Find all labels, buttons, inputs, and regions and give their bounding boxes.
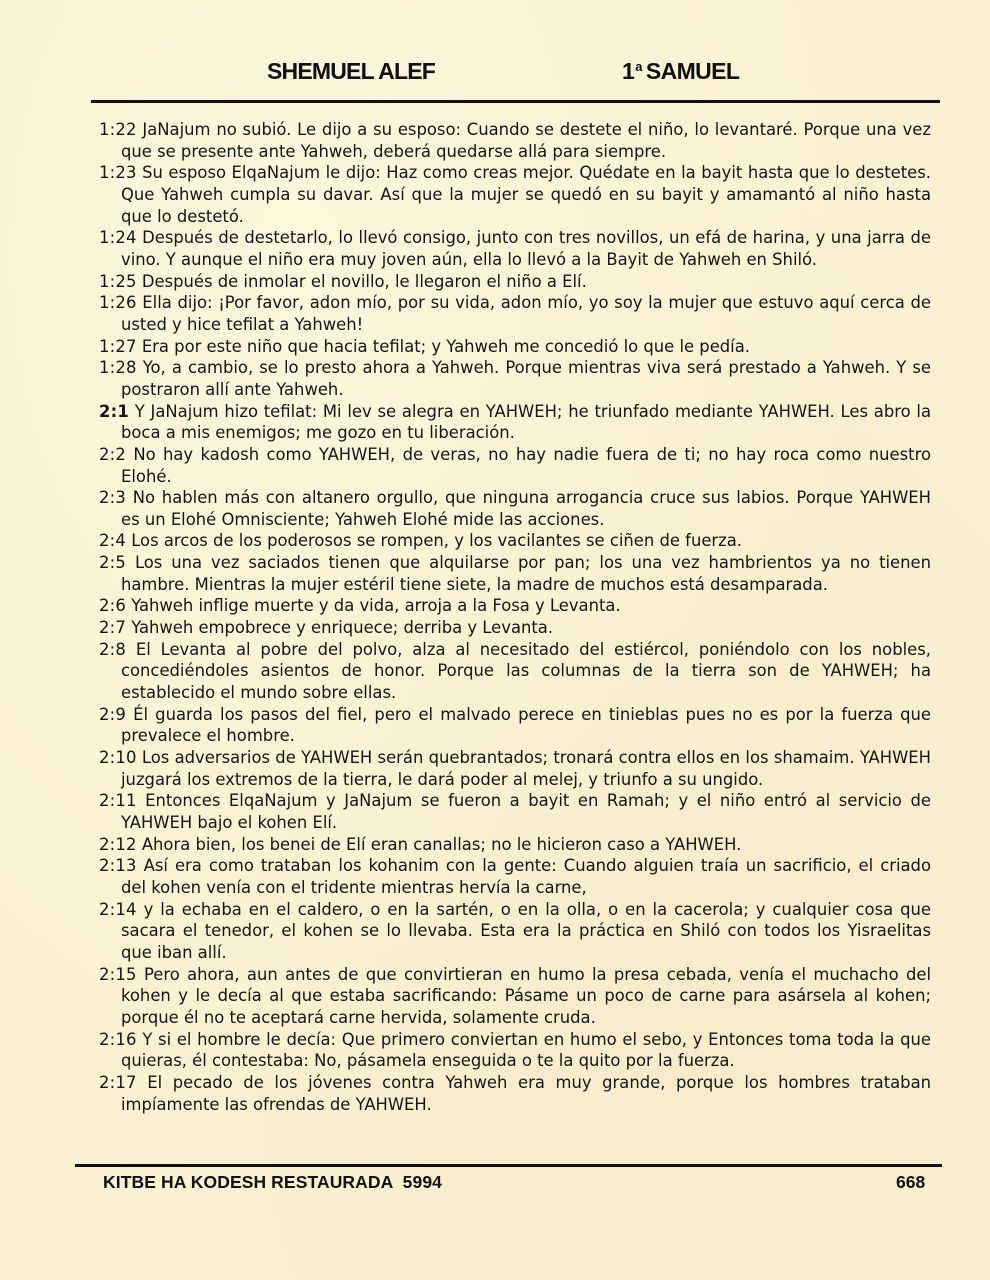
verse-ref: 1:25: [99, 272, 137, 291]
verse: 1:28 Yo, a cambio, se lo presto ahora a …: [99, 357, 931, 400]
verse-ref: 2:6: [99, 596, 126, 615]
verse-ref: 2:10: [99, 748, 137, 767]
verse-ref: 2:16: [99, 1030, 137, 1049]
verse-ref: 1:27: [99, 337, 137, 356]
verse-ref: 1:22: [99, 120, 137, 139]
verse-ref: 2:5: [99, 553, 126, 572]
verse-ref: 1:23: [99, 163, 137, 182]
verse-text: y la echaba en el caldero, o en la sarté…: [121, 900, 931, 962]
verse: 2:2 No hay kadosh como YAHWEH, de veras,…: [99, 444, 931, 487]
verse-text: Los arcos de los poderosos se rompen, y …: [131, 531, 742, 550]
book-name: SAMUEL: [646, 58, 740, 84]
verse: 1:24 Después de destetarlo, lo llevó con…: [99, 227, 931, 270]
verse-text: Ahora bien, los benei de Elí eran canall…: [142, 835, 742, 854]
verse-text: Los una vez saciados tienen que alquilar…: [121, 553, 931, 594]
verse-ref: 2:7: [99, 618, 126, 637]
verse-text: No hablen más con altanero orgullo, que …: [121, 488, 931, 529]
verse-ref: 2:12: [99, 835, 137, 854]
verse-text: Y si el hombre le decía: Que primero con…: [121, 1030, 931, 1071]
verse-text: Entonces ElqaNajum y JaNajum se fueron a…: [121, 791, 931, 832]
verse: 2:11 Entonces ElqaNajum y JaNajum se fue…: [99, 790, 931, 833]
verse-text: Yahweh empobrece y enriquece; derriba y …: [131, 618, 553, 637]
verse-text: JaNajum no subió. Le dijo a su esposo: C…: [121, 120, 931, 161]
book-title-spanish: 1aSAMUEL: [622, 58, 739, 85]
verse: 2:10 Los adversarios de YAHWEH serán que…: [99, 747, 931, 790]
verse: 2:15 Pero ahora, aun antes de que convir…: [99, 964, 931, 1029]
page-number: 668: [896, 1172, 925, 1193]
verse: 2:6 Yahweh inflige muerte y da vida, arr…: [99, 595, 931, 617]
verse-ref: 2:9: [99, 705, 126, 724]
verse-text: El Levanta al pobre del polvo, alza al n…: [121, 640, 931, 702]
verse: 2:5 Los una vez saciados tienen que alqu…: [99, 552, 931, 595]
verse-text: Después de inmolar el novillo, le llegar…: [142, 272, 587, 291]
verse: 1:22 JaNajum no subió. Le dijo a su espo…: [99, 119, 931, 162]
verse-ref: 2:8: [99, 640, 126, 659]
verse: 1:23 Su esposo ElqaNajum le dijo: Haz co…: [99, 162, 931, 227]
verse: 1:26 Ella dijo: ¡Por favor, adon mío, po…: [99, 292, 931, 335]
verse-ref: 1:24: [99, 228, 137, 247]
page-header: SHEMUEL ALEF 1aSAMUEL: [0, 58, 990, 90]
verse-ref: 1:28: [99, 358, 137, 377]
verse-text: Así era como trataban los kohanim con la…: [121, 856, 931, 897]
verse-text: Yo, a cambio, se lo presto ahora a Yahwe…: [121, 358, 931, 399]
book-title-hebrew: SHEMUEL ALEF: [267, 58, 435, 85]
verse-ref: 1:26: [99, 293, 137, 312]
verse: 2:17 El pecado de los jóvenes contra Yah…: [99, 1072, 931, 1115]
verse-ref: 2:11: [99, 791, 137, 810]
verse: 2:7 Yahweh empobrece y enriquece; derrib…: [99, 617, 931, 639]
book-number: 1: [622, 58, 634, 84]
verse-ref: 2:3: [99, 488, 126, 507]
verse: 2:16 Y si el hombre le decía: Que primer…: [99, 1029, 931, 1072]
verse: 1:25 Después de inmolar el novillo, le l…: [99, 271, 931, 293]
verse: 2:3 No hablen más con altanero orgullo, …: [99, 487, 931, 530]
footer-book-title: KITBE HA KODESH RESTAURADA 5994: [103, 1172, 442, 1193]
verse-text: Los adversarios de YAHWEH serán quebrant…: [121, 748, 931, 789]
verse: 2:12 Ahora bien, los benei de Elí eran c…: [99, 834, 931, 856]
verse-text: Después de destetarlo, lo llevó consigo,…: [121, 228, 931, 269]
verse-chapter-start: 2:1 Y JaNajum hizo tefilat: Mi lev se al…: [99, 401, 931, 444]
verse-text: Era por este niño que hacia tefilat; y Y…: [142, 337, 750, 356]
verse-ref: 2:14: [99, 900, 137, 919]
verse-ref: 2:17: [99, 1073, 137, 1092]
verse-text: El pecado de los jóvenes contra Yahweh e…: [121, 1073, 931, 1114]
footer-divider: [75, 1164, 942, 1167]
verse-ref: 2:2: [99, 445, 126, 464]
header-divider: [91, 100, 940, 103]
verse-text: Ella dijo: ¡Por favor, adon mío, por su …: [121, 293, 931, 334]
scripture-body: 1:22 JaNajum no subió. Le dijo a su espo…: [99, 119, 931, 1115]
chapter-verse-ref: 2:1: [99, 402, 129, 421]
verse: 2:13 Así era como trataban los kohanim c…: [99, 855, 931, 898]
verse-ref: 2:15: [99, 965, 137, 984]
verse: 2:8 El Levanta al pobre del polvo, alza …: [99, 639, 931, 704]
verse: 2:4 Los arcos de los poderosos se rompen…: [99, 530, 931, 552]
verse: 2:9 Él guarda los pasos del fiel, pero e…: [99, 704, 931, 747]
verse-text: Yahweh inflige muerte y da vida, arroja …: [131, 596, 620, 615]
verse-text: Y JaNajum hizo tefilat: Mi lev se alegra…: [121, 402, 931, 443]
verse-ref: 2:4: [99, 531, 126, 550]
verse: 2:14 y la echaba en el caldero, o en la …: [99, 899, 931, 964]
verse-ref: 2:13: [99, 856, 137, 875]
verse-text: Él guarda los pasos del fiel, pero el ma…: [121, 705, 931, 746]
verse-text: Su esposo ElqaNajum le dijo: Haz como cr…: [121, 163, 931, 225]
verse-text: Pero ahora, aun antes de que convirtiera…: [121, 965, 931, 1027]
verse-text: No hay kadosh como YAHWEH, de veras, no …: [121, 445, 931, 486]
verse: 1:27 Era por este niño que hacia tefilat…: [99, 336, 931, 358]
ordinal-superscript: a: [635, 59, 642, 74]
